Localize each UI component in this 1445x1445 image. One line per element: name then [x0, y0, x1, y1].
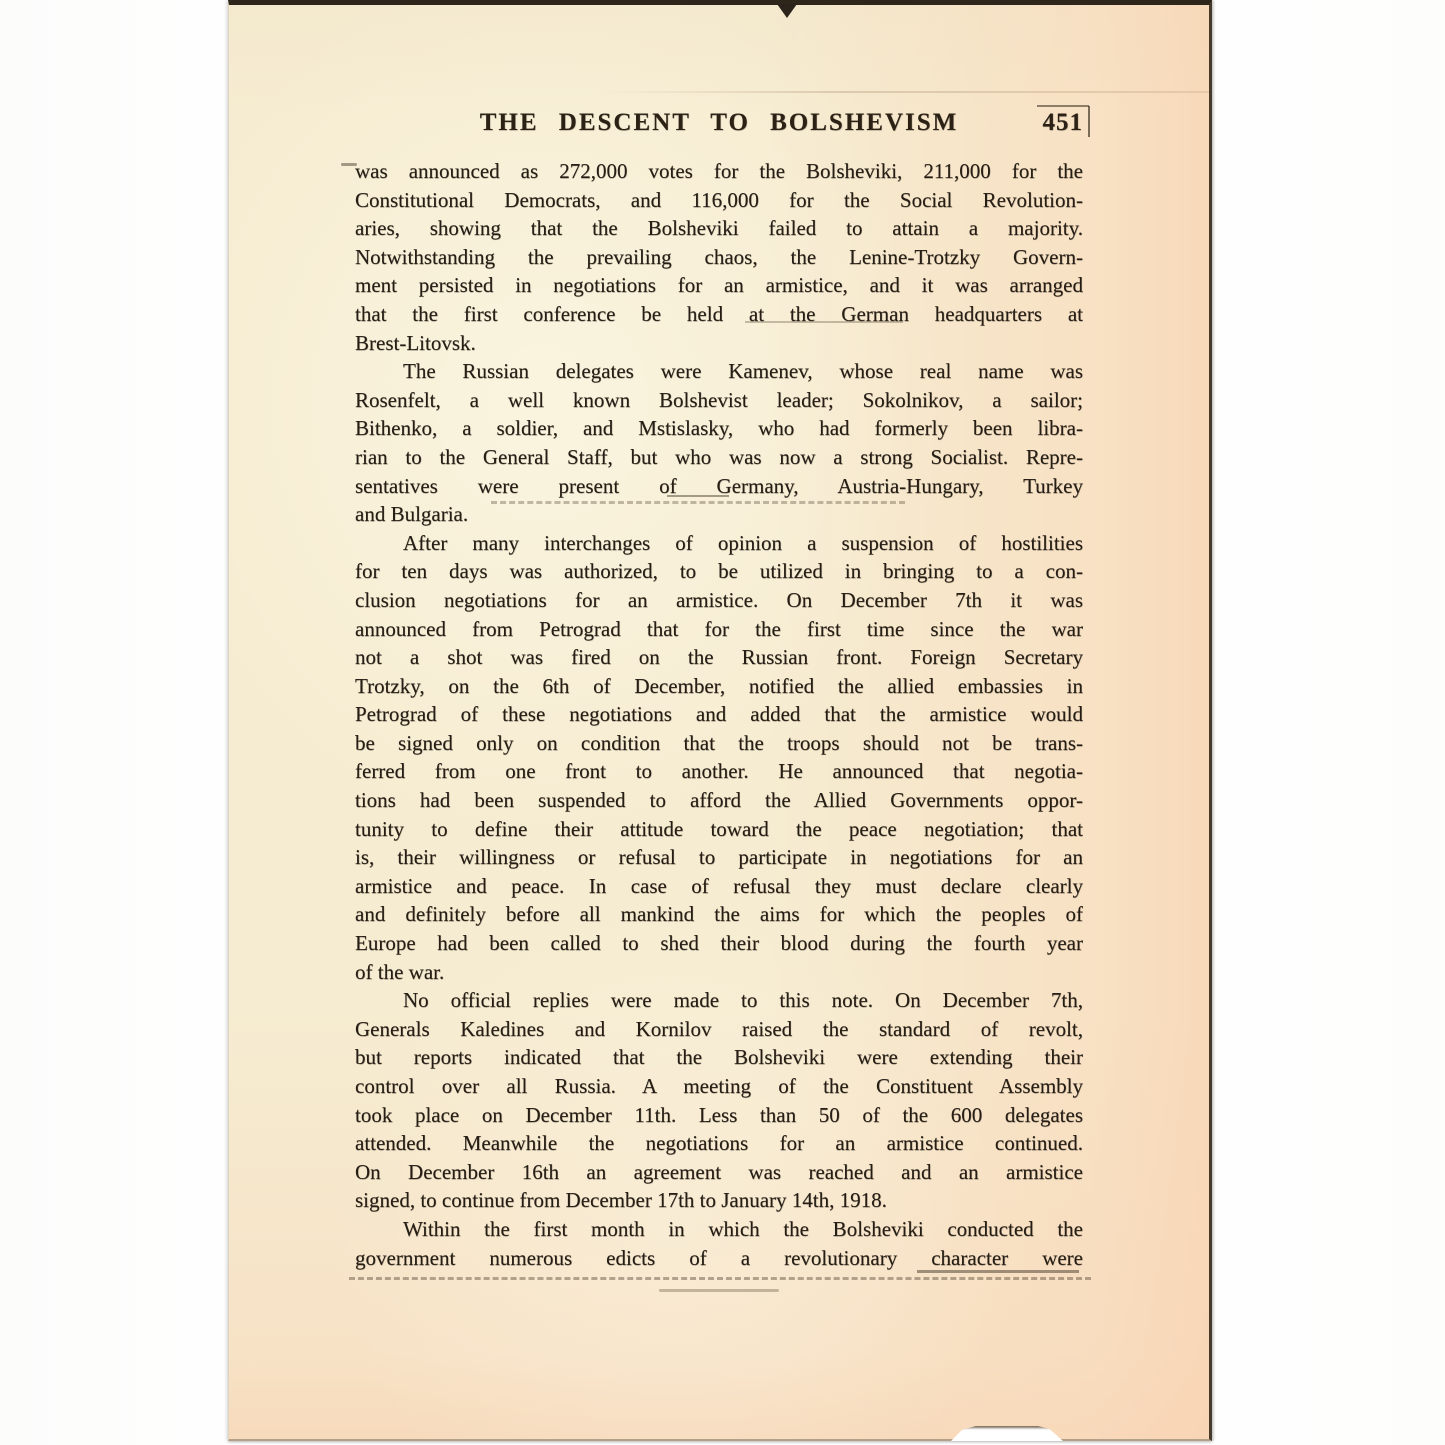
text-line: ferred from one front to another. He ann…	[355, 757, 1083, 786]
text-line: rian to the General Staff, but who was n…	[355, 443, 1083, 472]
text-line: and definitely before all mankind the ai…	[355, 900, 1083, 929]
text-line: announced from Petrograd that for the fi…	[355, 615, 1083, 644]
text-line: for ten days was authorized, to be utili…	[355, 557, 1083, 586]
text-line: attended. Meanwhile the negotiations for…	[355, 1129, 1083, 1158]
text-line: The Russian delegates were Kamenev, whos…	[355, 357, 1083, 386]
scan-artifact	[1088, 106, 1090, 137]
text-line: Rosenfelt, a well known Bolshevist leade…	[355, 386, 1083, 415]
text-line: aries, showing that the Bolsheviki faile…	[355, 214, 1083, 243]
text-line: armistice and peace. In case of refusal …	[355, 872, 1083, 901]
text-line: On December 16th an agreement was reache…	[355, 1158, 1083, 1187]
paragraph: The Russian delegates were Kamenev, whos…	[355, 357, 1083, 529]
text-line: Trotzky, on the 6th of December, notifie…	[355, 672, 1083, 701]
page-top-notch	[777, 4, 797, 18]
text-line: that the first conference be held at the…	[355, 300, 1083, 329]
text-line: Bithenko, a soldier, and Mstislasky, who…	[355, 414, 1083, 443]
text-line: is, their willingness or refusal to part…	[355, 843, 1083, 872]
text-line: No official replies were made to this no…	[355, 986, 1083, 1015]
text-line: and Bulgaria.	[355, 500, 1083, 529]
scan-artifact	[659, 1289, 779, 1292]
page-number: 451	[1043, 109, 1084, 137]
paragraph: After many interchanges of opinion a sus…	[355, 529, 1083, 987]
page-bottom-notch	[951, 1426, 1063, 1441]
scan-artifact	[349, 1277, 1091, 1280]
running-header-title: THE DESCENT TO BOLSHEVISM	[355, 109, 1083, 137]
text-line: Within the first month in which the Bols…	[355, 1215, 1083, 1244]
book-page: THE DESCENT TO BOLSHEVISM 451 was announ…	[228, 0, 1212, 1441]
text-line: not a shot was fired on the Russian fron…	[355, 643, 1083, 672]
text-line: tunity to define their attitude toward t…	[355, 815, 1083, 844]
paragraph: Within the first month in which the Bols…	[355, 1215, 1083, 1272]
text-line: Brest-Litovsk.	[355, 329, 1083, 358]
text-line: government numerous edicts of a revoluti…	[355, 1244, 1083, 1273]
text-line: but reports indicated that the Bolshevik…	[355, 1043, 1083, 1072]
text-line: Constitutional Democrats, and 116,000 fo…	[355, 186, 1083, 215]
text-line: After many interchanges of opinion a sus…	[355, 529, 1083, 558]
text-line: Generals Kaledines and Kornilov raised t…	[355, 1015, 1083, 1044]
paragraph: No official replies were made to this no…	[355, 986, 1083, 1215]
paper-crease	[601, 91, 1209, 93]
text-line: control over all Russia. A meeting of th…	[355, 1072, 1083, 1101]
text-line: Europe had been called to shed their blo…	[355, 929, 1083, 958]
text-line: took place on December 11th. Less than 5…	[355, 1101, 1083, 1130]
text-line: clusion negotiations for an armistice. O…	[355, 586, 1083, 615]
text-line: tions had been suspended to afford the A…	[355, 786, 1083, 815]
scan-artifact	[1037, 105, 1089, 107]
text-line: was announced as 272,000 votes for the B…	[355, 157, 1083, 186]
text-line: ment persisted in negotiations for an ar…	[355, 271, 1083, 300]
text-line: of the war.	[355, 958, 1083, 987]
page-text: was announced as 272,000 votes for the B…	[355, 157, 1083, 1272]
text-line: signed, to continue from December 17th t…	[355, 1186, 1083, 1215]
text-line: sentatives were present of Germany, Aust…	[355, 472, 1083, 501]
running-header: THE DESCENT TO BOLSHEVISM 451	[355, 109, 1083, 143]
text-line: Petrograd of these negotiations and adde…	[355, 700, 1083, 729]
paragraph: was announced as 272,000 votes for the B…	[355, 157, 1083, 357]
text-line: Notwithstanding the prevailing chaos, th…	[355, 243, 1083, 272]
text-line: be signed only on condition that the tro…	[355, 729, 1083, 758]
